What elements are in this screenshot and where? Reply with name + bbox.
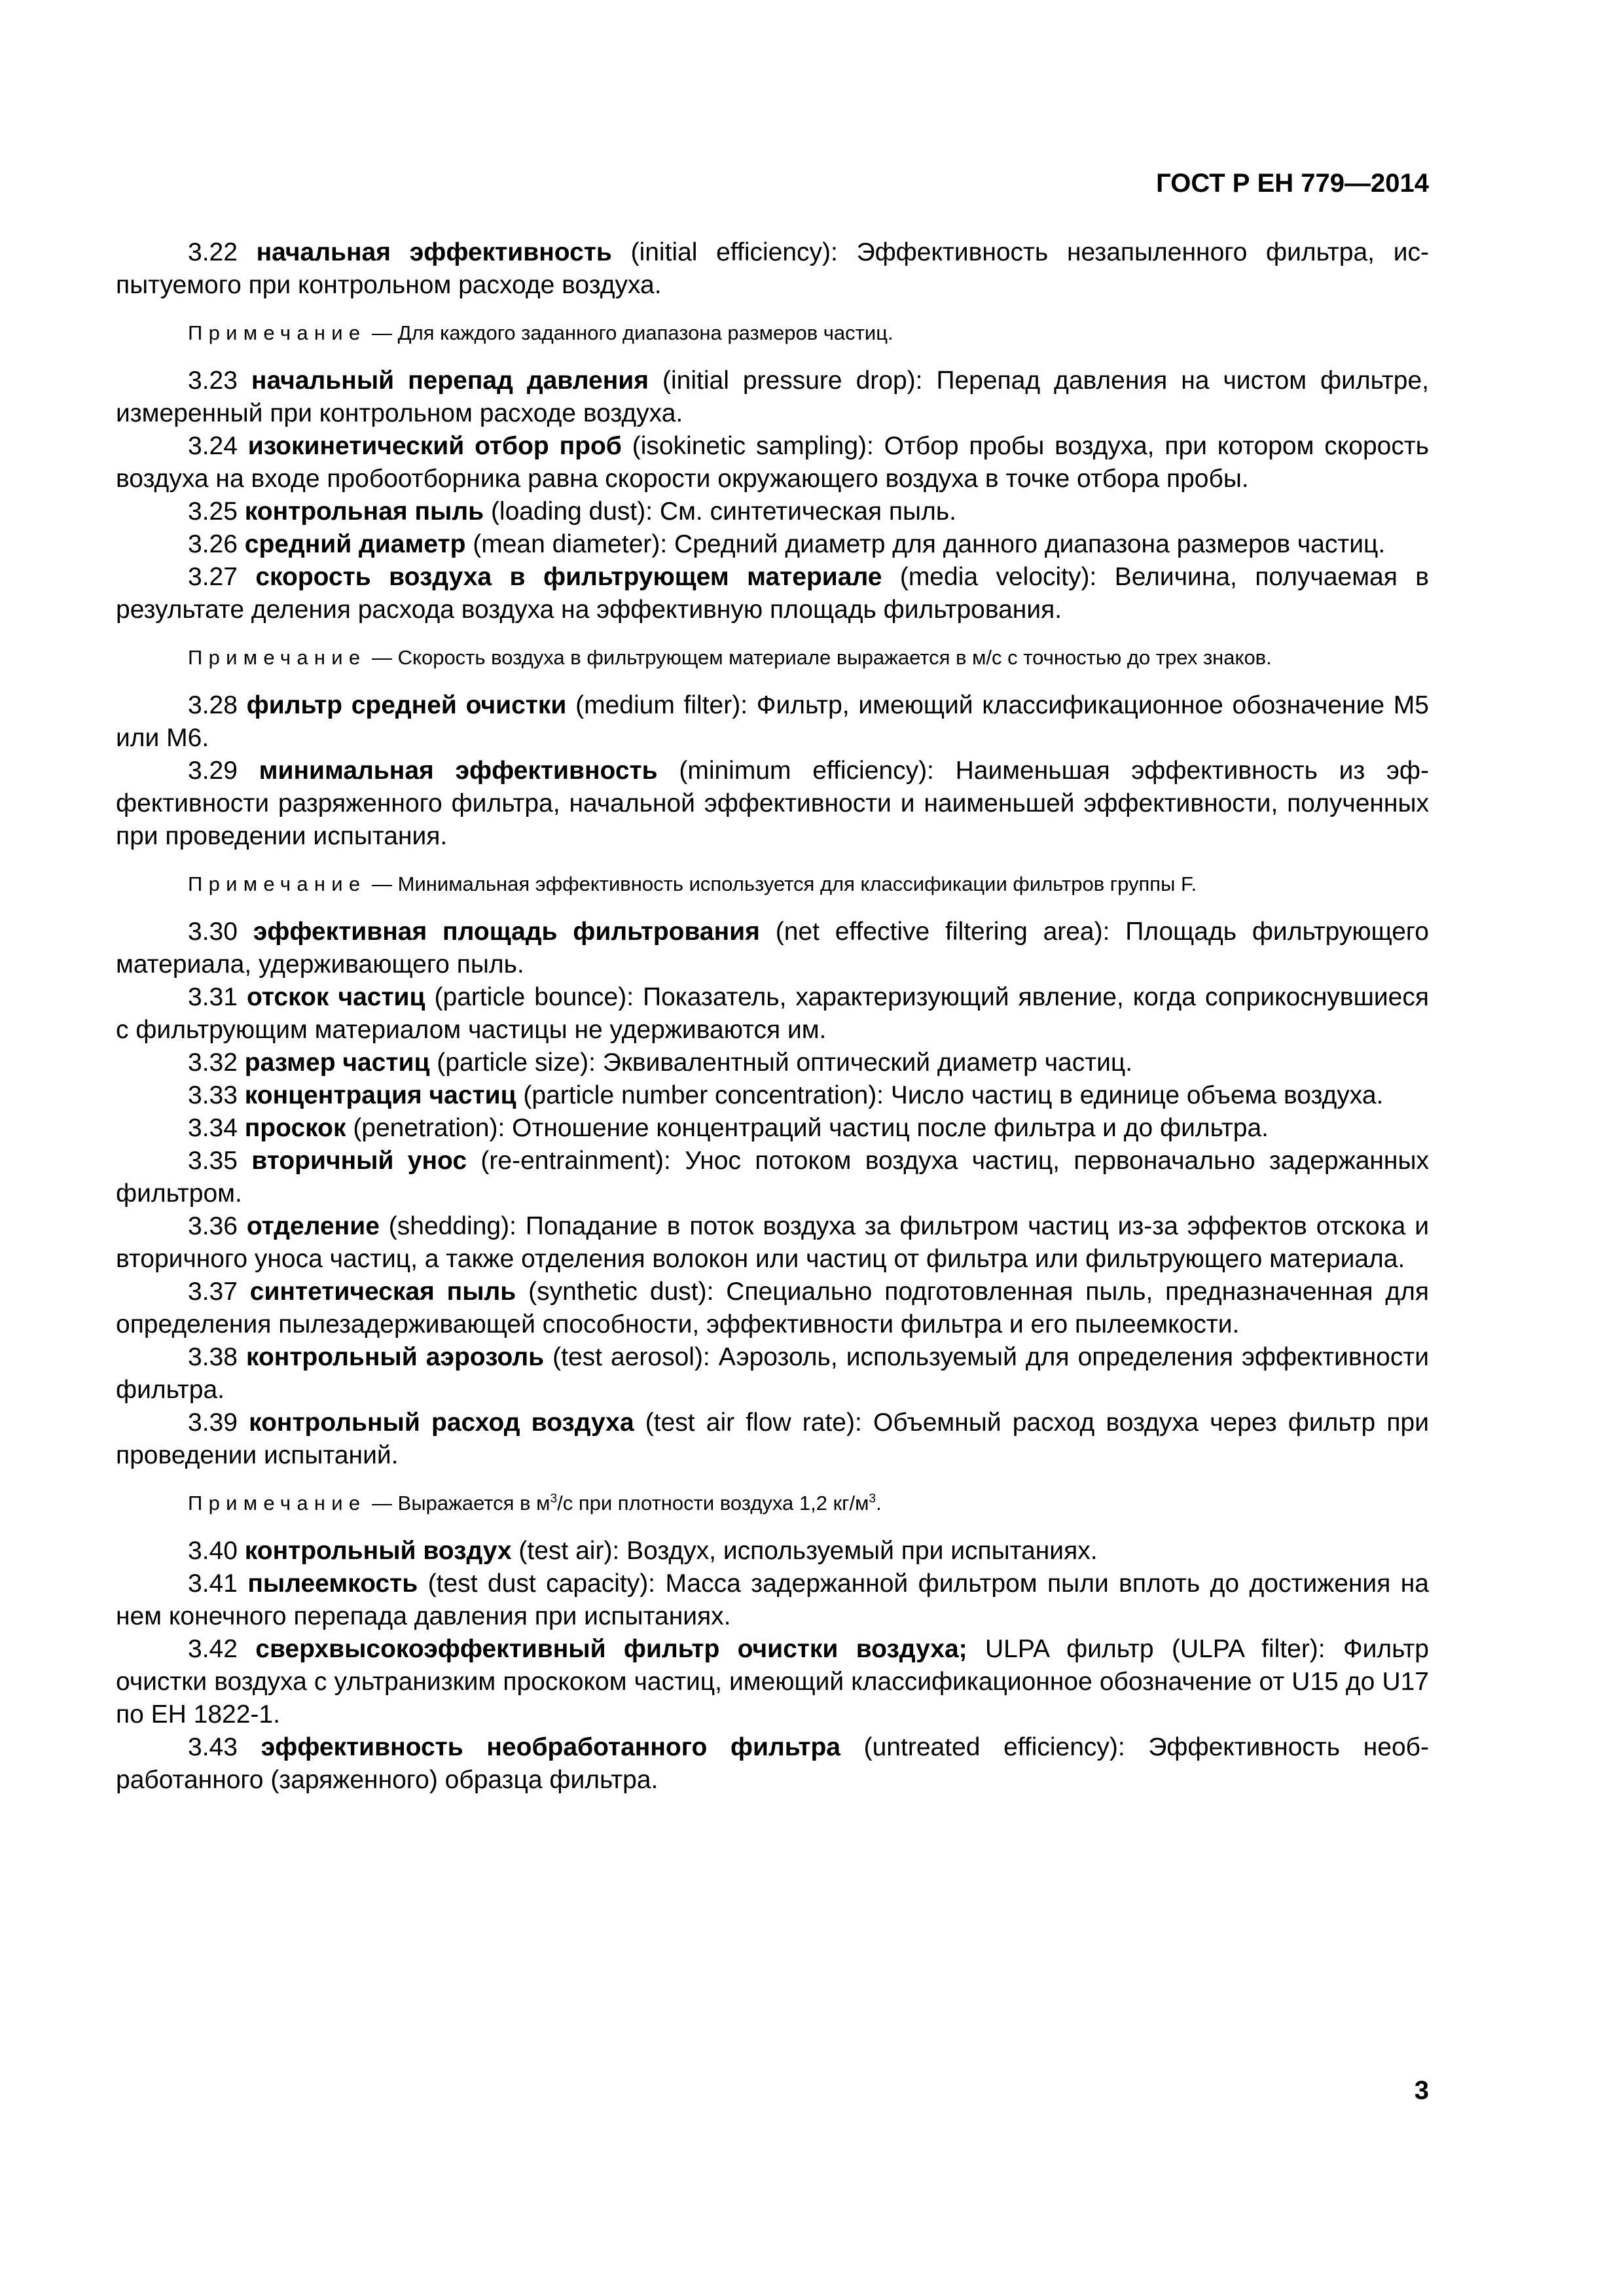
term-text: скорость воздуха в фильтрующем материале xyxy=(255,563,882,591)
document-body: 3.22 начальная эффективность (initial ef… xyxy=(116,236,1429,1797)
text-run: 3.28 xyxy=(188,691,247,719)
note-paragraph-note-3.27: Примечание — Скорость воздуха в фильтрую… xyxy=(116,643,1429,672)
page-number: 3 xyxy=(1415,2074,1429,2107)
term-text: отскок частиц xyxy=(247,983,425,1011)
definition-paragraph-3.33: 3.33 концентрация частиц (particle numbe… xyxy=(116,1079,1429,1112)
text-run: 3.34 xyxy=(188,1114,245,1142)
definition-paragraph-3.43: 3.43 эффективность необработанного фильт… xyxy=(116,1731,1429,1797)
text-run: 3.22 xyxy=(188,238,257,266)
term-text: отделение xyxy=(247,1212,380,1240)
term-text: размер частиц xyxy=(245,1049,430,1077)
text-run: (mean diameter): Средний диаметр для дан… xyxy=(465,530,1385,558)
document-page: ГОСТ Р ЕН 779—2014 3.22 начальная эффект… xyxy=(0,0,1624,2296)
term-text: контрольный аэрозоль xyxy=(246,1343,544,1371)
text-run: /с при плотности воздуха 1,2 кг/м xyxy=(557,1492,869,1515)
text-run: (particle size): Эквивалентный оптически… xyxy=(429,1049,1132,1077)
text-run: 3.24 xyxy=(188,432,248,460)
definition-paragraph-3.29: 3.29 минимальная эффективность (minimum … xyxy=(116,755,1429,853)
text-run: 3.23 xyxy=(188,367,251,395)
document-title: ГОСТ Р ЕН 779—2014 xyxy=(116,167,1429,200)
term-text: фильтр средней очистки xyxy=(247,691,567,719)
term-text: сверхвысокоэффективный фильтр очистки во… xyxy=(255,1635,967,1663)
text-run: 3.42 xyxy=(188,1635,255,1663)
text-run: — Для каждого заданного диапазона размер… xyxy=(366,321,893,344)
note-paragraph-note-3.29: Примечание — Минимальная эффективность и… xyxy=(116,870,1429,899)
text-run: 3.39 xyxy=(188,1408,249,1437)
text-run: . xyxy=(876,1492,882,1515)
text-run: 3.36 xyxy=(188,1212,247,1240)
text-run: 3.35 xyxy=(188,1147,251,1175)
definition-paragraph-3.25: 3.25 контрольная пыль (loading dust): См… xyxy=(116,495,1429,528)
definition-paragraph-3.38: 3.38 контрольный аэрозоль (test aerosol)… xyxy=(116,1341,1429,1407)
definition-paragraph-3.41: 3.41 пылеемкость (test dust capacity): М… xyxy=(116,1568,1429,1633)
text-run: 3.30 xyxy=(188,918,253,946)
note-label: Примечание xyxy=(188,872,366,895)
text-run: (penetration): Отношение концентраций ча… xyxy=(346,1114,1269,1142)
text-run: 3.43 xyxy=(188,1733,261,1761)
text-run: 3.40 xyxy=(188,1537,245,1565)
text-run: (loading dust): См. синтетическая пыль. xyxy=(484,497,956,526)
term-text: концентрация частиц xyxy=(245,1081,516,1109)
term-text: синтетическая пыль xyxy=(250,1278,516,1306)
text-run: (particle number concentration): Число ч… xyxy=(516,1081,1384,1109)
term-text: начальная эффективность xyxy=(257,238,612,266)
text-run: 3.33 xyxy=(188,1081,245,1109)
text-run: 3.38 xyxy=(188,1343,246,1371)
term-text: минимальная эффективность xyxy=(259,757,658,785)
text-run: (test air): Воздух, используемый при исп… xyxy=(512,1537,1098,1565)
definition-paragraph-3.26: 3.26 средний диаметр (mean diameter): Ср… xyxy=(116,528,1429,561)
text-run: — Скорость воздуха в фильтрующем материа… xyxy=(366,646,1271,669)
term-text: контрольный расход воздуха xyxy=(249,1408,634,1437)
text-run: 3.29 xyxy=(188,757,259,785)
definition-paragraph-3.34: 3.34 проскок (penetration): Отношение ко… xyxy=(116,1112,1429,1145)
note-label: Примечание xyxy=(188,646,366,669)
superscript: 3 xyxy=(550,1492,557,1506)
superscript: 3 xyxy=(869,1492,876,1506)
term-text: контрольная пыль xyxy=(245,497,484,526)
term-text: эффективная площадь фильтрования xyxy=(253,918,760,946)
definition-paragraph-3.42: 3.42 сверхвысокоэффективный фильтр очист… xyxy=(116,1633,1429,1731)
term-text: изокинетический отбор проб xyxy=(248,432,622,460)
term-text: контрольный воздух xyxy=(245,1537,512,1565)
term-text: пылеемкость xyxy=(247,1570,418,1598)
definition-paragraph-3.40: 3.40 контрольный воздух (test air): Возд… xyxy=(116,1535,1429,1568)
term-text: проскок xyxy=(245,1114,346,1142)
text-run: 3.37 xyxy=(188,1278,250,1306)
text-run: 3.32 xyxy=(188,1049,245,1077)
definition-paragraph-3.32: 3.32 размер частиц (particle size): Экви… xyxy=(116,1047,1429,1079)
text-run: 3.27 xyxy=(188,563,255,591)
text-run: — Минимальная эффективность используется… xyxy=(366,872,1197,895)
definition-paragraph-3.37: 3.37 синтетическая пыль (synthetic dust)… xyxy=(116,1276,1429,1341)
definition-paragraph-3.27: 3.27 скорость воздуха в фильтрующем мате… xyxy=(116,561,1429,626)
text-run: — Выражается в м xyxy=(366,1492,550,1515)
definition-paragraph-3.30: 3.30 эффективная площадь фильтрования (n… xyxy=(116,916,1429,981)
text-run: 3.25 xyxy=(188,497,245,526)
definition-paragraph-3.35: 3.35 вторичный унос (re-entrainment): Ун… xyxy=(116,1145,1429,1210)
note-paragraph-note-3.22: Примечание — Для каждого заданного диапа… xyxy=(116,319,1429,348)
term-text: начальный перепад давления xyxy=(251,367,649,395)
note-label: Примечание xyxy=(188,321,366,344)
text-run: 3.41 xyxy=(188,1570,247,1598)
text-run: 3.26 xyxy=(188,530,245,558)
definition-paragraph-3.36: 3.36 отделение (shedding): Попадание в п… xyxy=(116,1210,1429,1276)
definition-paragraph-3.24: 3.24 изокинетический отбор проб (isokine… xyxy=(116,430,1429,495)
text-run: 3.31 xyxy=(188,983,247,1011)
definition-paragraph-3.31: 3.31 отскок частиц (particle bounce): По… xyxy=(116,981,1429,1047)
definition-paragraph-3.28: 3.28 фильтр средней очистки (medium filt… xyxy=(116,689,1429,755)
definition-paragraph-3.39: 3.39 контрольный расход воздуха (test ai… xyxy=(116,1407,1429,1472)
term-text: средний диаметр xyxy=(245,530,466,558)
definition-paragraph-3.22: 3.22 начальная эффективность (initial ef… xyxy=(116,236,1429,302)
term-text: вторичный унос xyxy=(251,1147,467,1175)
term-text: эффективность необработанного фильтра xyxy=(261,1733,840,1761)
note-label: Примечание xyxy=(188,1492,366,1515)
note-paragraph-note-3.39: Примечание — Выражается в м3/с при плотн… xyxy=(116,1489,1429,1518)
definition-paragraph-3.23: 3.23 начальный перепад давления (initial… xyxy=(116,365,1429,430)
